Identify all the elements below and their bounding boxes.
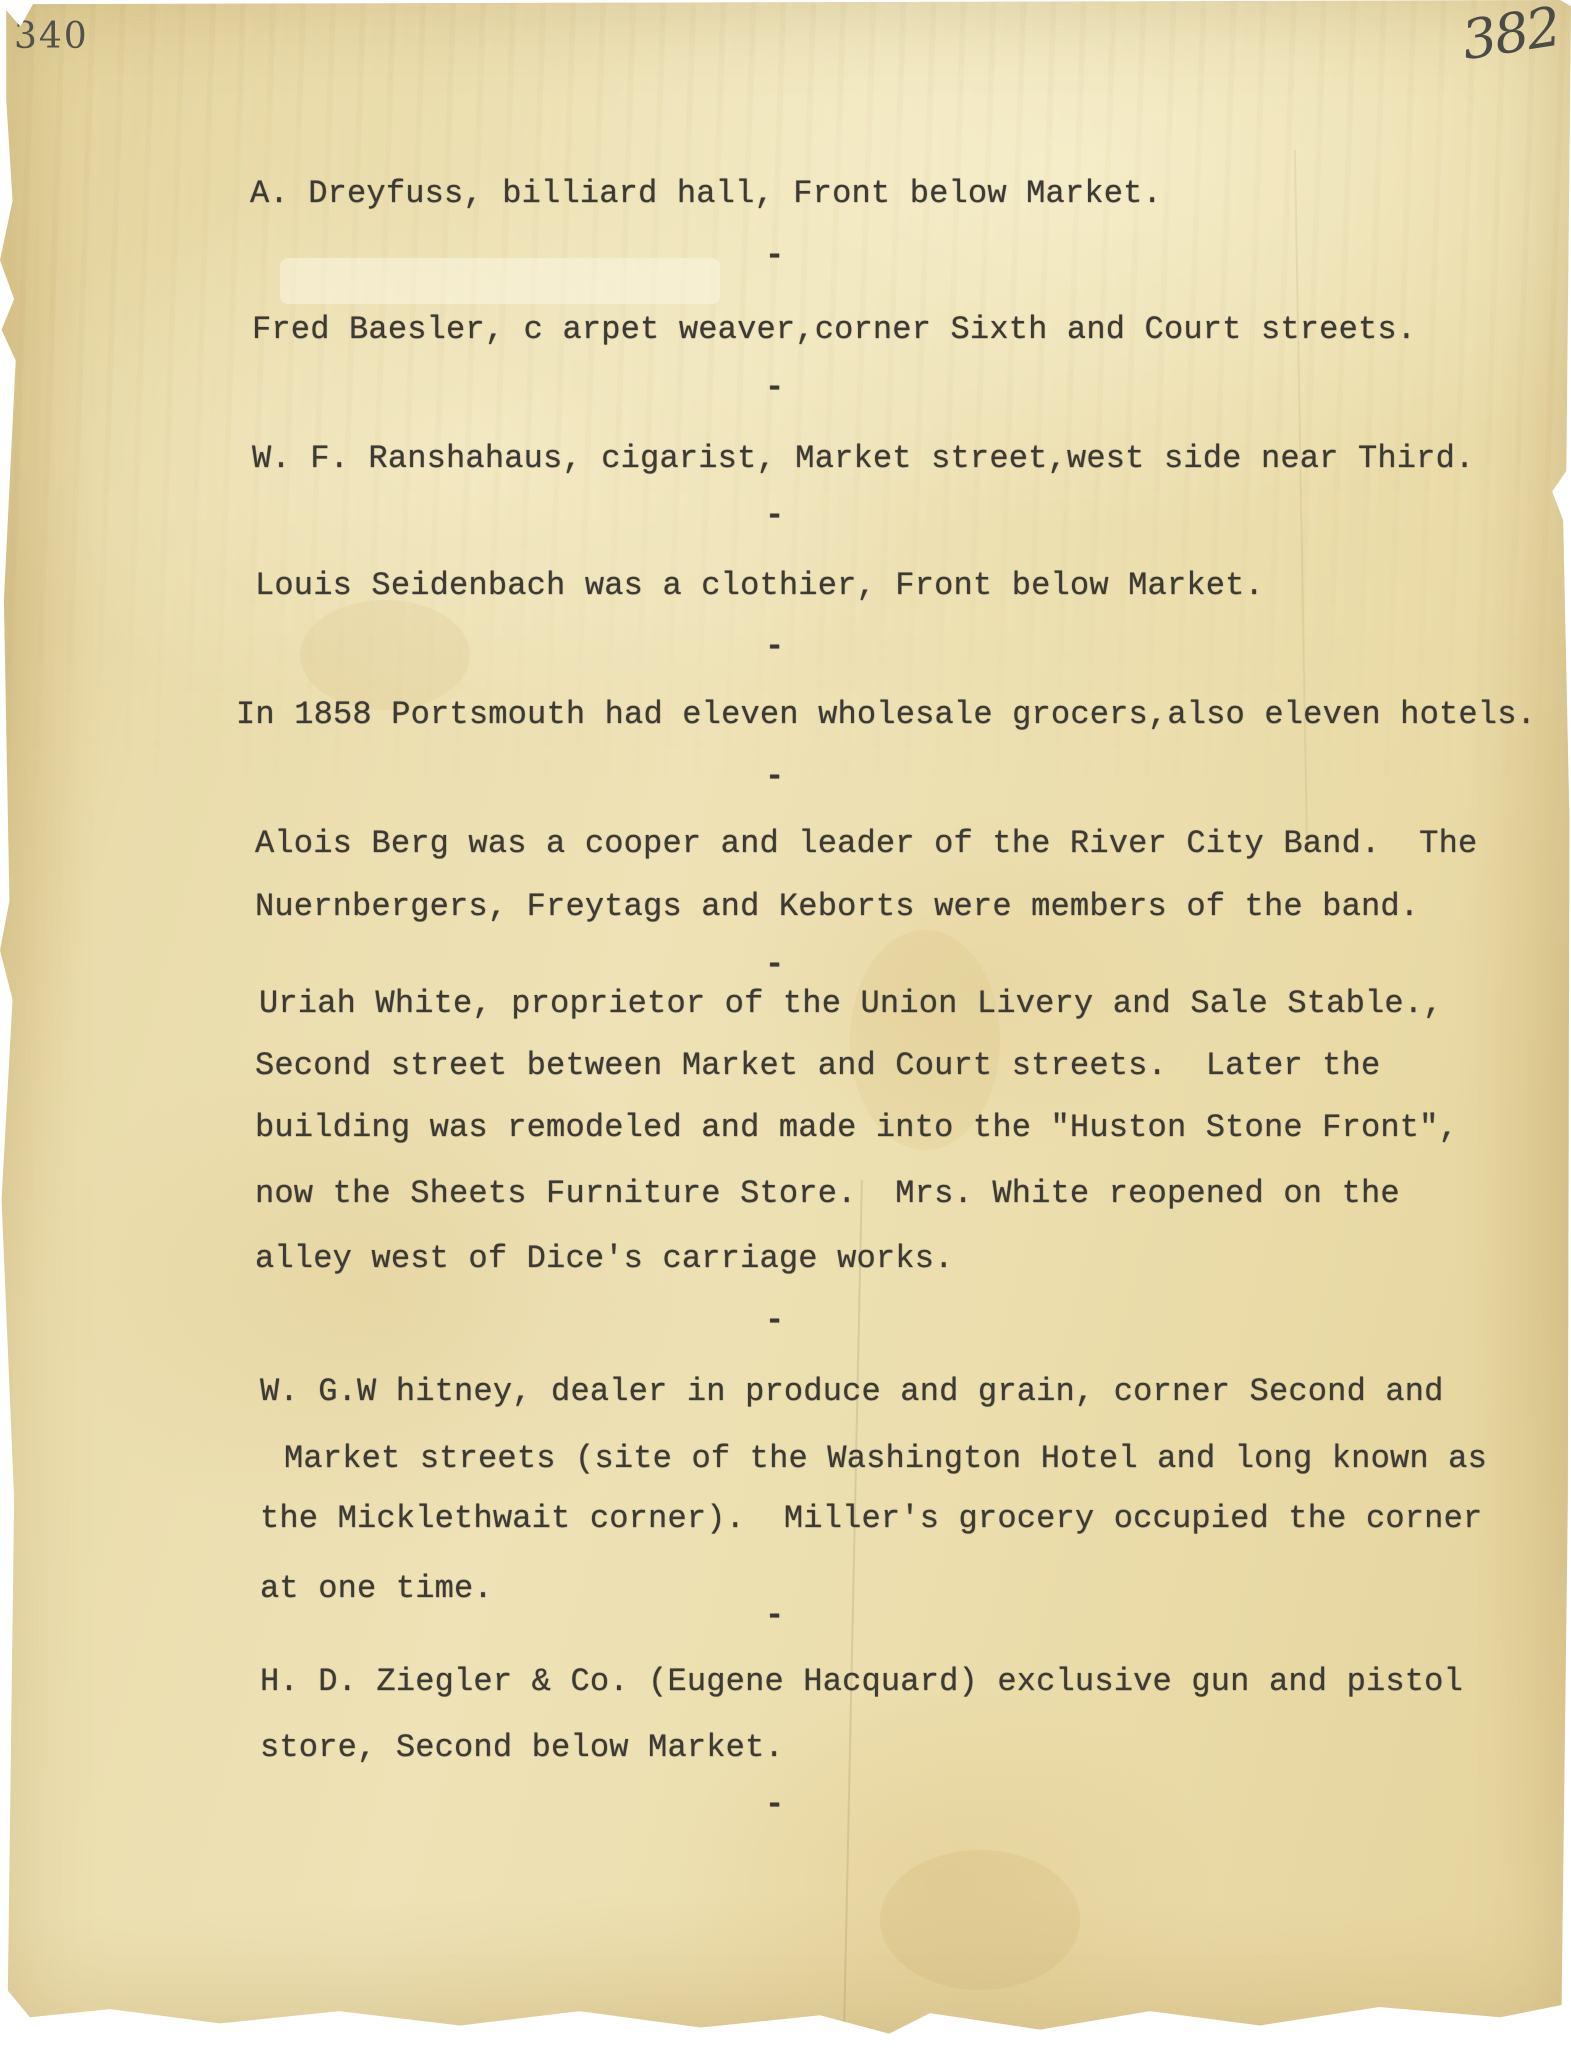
typed-line: at one time. xyxy=(260,1573,493,1605)
separator-dash: - xyxy=(765,1789,784,1821)
typed-line: the Micklethwait corner). Miller's groce… xyxy=(260,1503,1482,1535)
separator-dash: - xyxy=(765,949,784,981)
typed-line: Nuernbergers, Freytags and Keborts were … xyxy=(255,891,1419,923)
typed-line: now the Sheets Furniture Store. Mrs. Whi… xyxy=(255,1178,1400,1210)
crease-line xyxy=(843,1180,862,2030)
typed-line: In 1858 Portsmouth had eleven wholesale … xyxy=(236,699,1536,731)
paper-stain xyxy=(300,600,470,710)
typed-line: Alois Berg was a cooper and leader of th… xyxy=(255,828,1477,860)
typed-line: H. D. Ziegler & Co. (Eugene Hacquard) ex… xyxy=(260,1666,1463,1698)
separator-dash: - xyxy=(765,240,784,272)
typed-line: W. F. Ranshahaus, cigarist, Market stree… xyxy=(252,443,1474,475)
separator-dash: - xyxy=(765,1600,784,1632)
typed-line: Louis Seidenbach was a clothier, Front b… xyxy=(255,570,1264,602)
separator-dash: - xyxy=(765,500,784,532)
page-number-right: 382 xyxy=(1458,0,1564,72)
page-number-left: 340 xyxy=(14,16,89,57)
typed-line: W. G.W hitney, dealer in produce and gra… xyxy=(260,1376,1444,1408)
typed-line: Fred Baesler, c arpet weaver,corner Sixt… xyxy=(252,314,1416,346)
separator-dash: - xyxy=(765,631,784,663)
separator-dash: - xyxy=(765,372,784,404)
crease-line xyxy=(1294,150,1308,850)
typed-line: Second street between Market and Court s… xyxy=(255,1050,1380,1082)
scanned-document: { "page": { "corner_number_left": "340",… xyxy=(0,0,1571,2048)
paper-sheet: 340 382 A. Dreyfuss, billiard hall, Fron… xyxy=(0,0,1571,2048)
typed-line: Market streets (site of the Washington H… xyxy=(284,1443,1487,1475)
typed-line: store, Second below Market. xyxy=(260,1732,784,1764)
typed-line: A. Dreyfuss, billiard hall, Front below … xyxy=(250,178,1162,210)
paper-stain xyxy=(880,1850,1080,1990)
separator-dash: - xyxy=(765,1305,784,1337)
typed-line: Uriah White, proprietor of the Union Liv… xyxy=(259,988,1443,1020)
typed-line: alley west of Dice's carriage works. xyxy=(255,1243,954,1275)
separator-dash: - xyxy=(765,761,784,793)
typed-line: building was remodeled and made into the… xyxy=(255,1112,1458,1144)
tape-mark xyxy=(280,258,720,304)
